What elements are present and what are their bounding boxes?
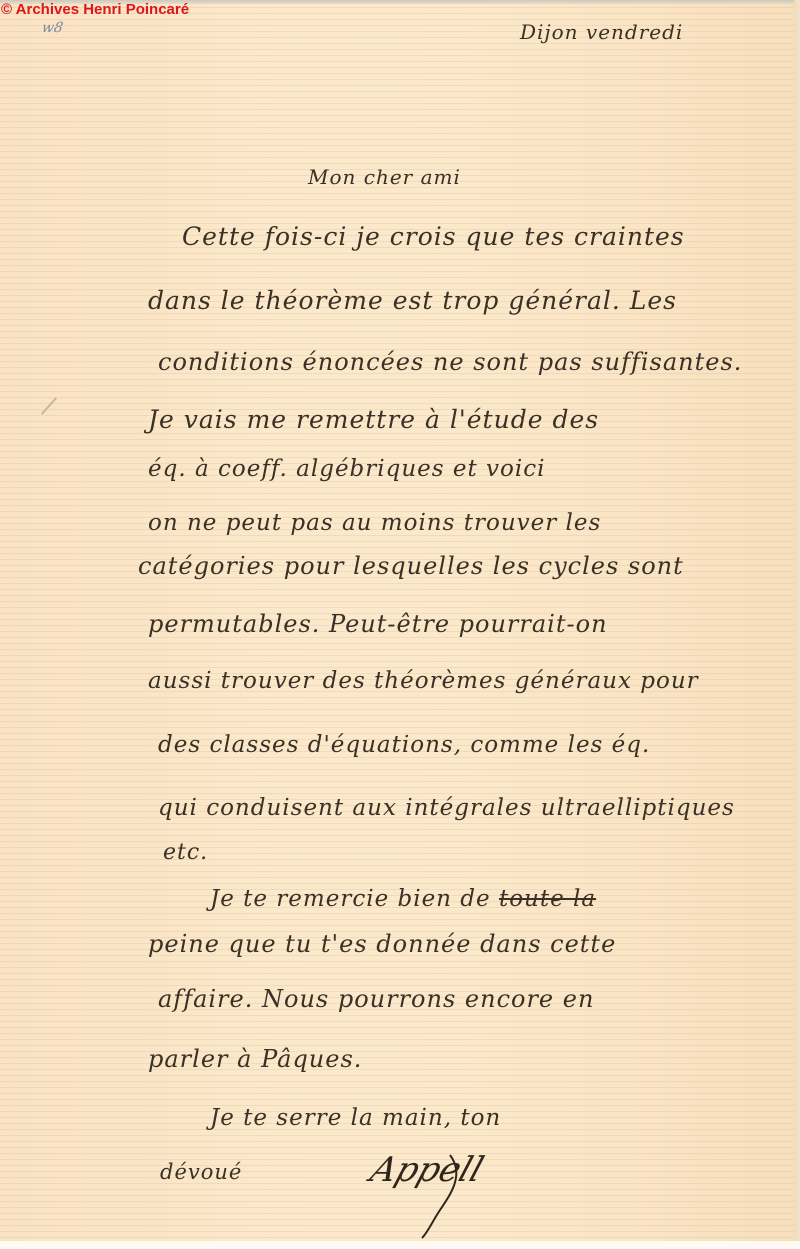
scan-bottom-edge <box>0 1241 800 1249</box>
letter-line: Je vais me remettre à l'étude des <box>148 405 599 434</box>
letter-line: éq. à coeff. algébriques et voici <box>148 456 546 482</box>
letter-line: parler à Pâques. <box>148 1045 362 1073</box>
letter-line: permutables. Peut-être pourrait-on <box>148 610 608 638</box>
stray-pencil-mark <box>41 397 57 415</box>
letter-line: etc. <box>163 840 208 865</box>
letter-closing-devoue: dévoué <box>160 1160 242 1184</box>
copyright-banner: © Archives Henri Poincaré <box>1 1 189 19</box>
signature-flourish-icon <box>410 1150 470 1240</box>
letter-closing: Je te serre la main, ton <box>210 1105 501 1131</box>
letter-line: peine que tu t'es donnée dans cette <box>148 930 616 958</box>
archive-reference-mark: w8 <box>41 20 65 36</box>
struck-out-text: toute la <box>499 886 596 912</box>
letter-line: on ne peut pas au moins trouver les <box>148 510 601 536</box>
letter-page: © Archives Henri Poincaré w8 Dijon vendr… <box>0 0 800 1249</box>
letter-line: qui conduisent aux intégrales ultraellip… <box>158 795 735 821</box>
letter-line: conditions énoncées ne sont pas suffisan… <box>158 348 742 376</box>
letter-line: Cette fois-ci je crois que tes craintes <box>182 222 685 251</box>
letter-line: affaire. Nous pourrons encore en <box>158 985 594 1013</box>
letter-salutation: Mon cher ami <box>308 165 461 189</box>
scan-right-edge <box>794 0 800 1249</box>
letter-line: dans le théorème est trop général. Les <box>148 286 677 315</box>
letter-line: des classes d'équations, comme les éq. <box>158 732 650 758</box>
letter-dateline: Dijon vendredi <box>520 20 683 44</box>
letter-line: aussi trouver des théorèmes généraux pou… <box>148 668 699 694</box>
letter-line-with-strikethrough: Je te remercie bien de toute la <box>210 886 596 912</box>
letter-line-text: Je te remercie bien de toute la <box>210 886 596 912</box>
letter-line: catégories pour lesquelles les cycles so… <box>138 552 684 580</box>
